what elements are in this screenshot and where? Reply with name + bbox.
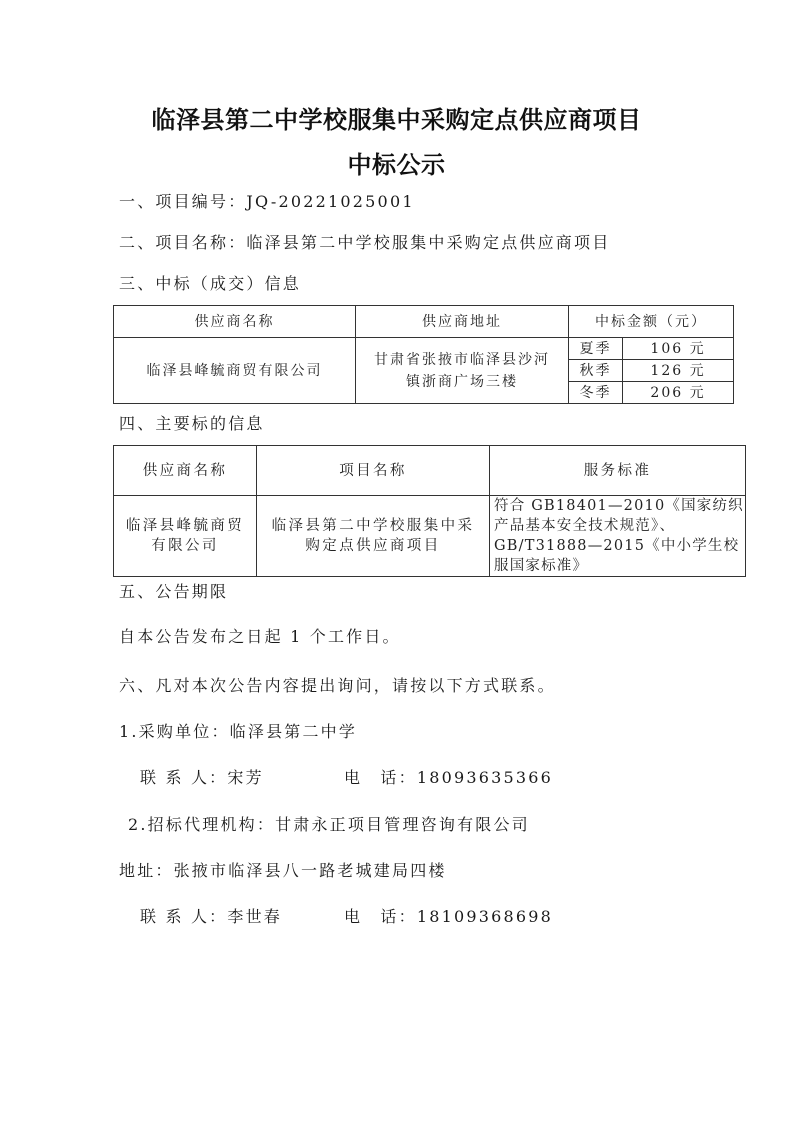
project-number: 一、项目编号：JQ-20221025001 — [119, 192, 415, 212]
season-autumn: 秋季 — [569, 360, 623, 382]
agency: 2.招标代理机构：甘肃永正项目管理咨询有限公司 — [128, 815, 530, 835]
service-standard-cell: 符合 GB18401—2010《国家纺织产品基本安全技术规范》、GB/T3188… — [490, 496, 746, 577]
subject-table: 供应商名称 项目名称 服务标准 临泽县峰毓商贸有限公司 临泽县第二中学校服集中采… — [113, 445, 746, 577]
agency-contact-label: 联 系 人： — [140, 907, 227, 926]
header-service-standard: 服务标准 — [490, 446, 746, 496]
notice-period-heading: 五、公告期限 — [119, 582, 228, 602]
subject-info-heading: 四、主要标的信息 — [119, 414, 265, 434]
amount-winter: 206 元 — [623, 382, 734, 404]
season-summer: 夏季 — [569, 338, 623, 360]
purchaser-phone-label: 电 话： — [344, 768, 417, 787]
supplier-name-cell: 临泽县峰毓商贸有限公司 — [114, 496, 257, 577]
document-title: 临泽县第二中学校服集中采购定点供应商项目 — [0, 100, 793, 135]
header-supplier-name: 供应商名称 — [114, 306, 356, 338]
subject-table-header-row: 供应商名称 项目名称 服务标准 — [114, 446, 746, 496]
amount-summer: 106 元 — [623, 338, 734, 360]
agency-contact: 联 系 人：李世春 — [140, 907, 282, 927]
amount-autumn: 126 元 — [623, 360, 734, 382]
agency-phone-number: 18109368698 — [417, 907, 553, 926]
purchaser-contact-label: 联 系 人： — [140, 768, 227, 787]
award-table-row: 临泽县峰毓商贸有限公司 甘肃省张掖市临泽县沙河镇浙商广场三楼 夏季 106 元 — [114, 338, 734, 360]
project-name: 二、项目名称：临泽县第二中学校服集中采购定点供应商项目 — [119, 233, 610, 253]
header-award-amount: 中标金额（元） — [569, 306, 734, 338]
notice-period-body: 自本公告发布之日起 1 个工作日。 — [119, 627, 401, 647]
header-supplier-name: 供应商名称 — [114, 446, 257, 496]
project-name-cell: 临泽县第二中学校服集中采购定点供应商项目 — [257, 496, 490, 577]
agency-phone: 电 话：18109368698 — [344, 907, 553, 927]
agency-address: 地址：张掖市临泽县八一路老城建局四楼 — [119, 861, 447, 881]
award-table: 供应商名称 供应商地址 中标金额（元） 临泽县峰毓商贸有限公司 甘肃省张掖市临泽… — [113, 305, 734, 404]
purchaser-phone: 电 话：18093635366 — [344, 768, 553, 788]
supplier-address-cell: 甘肃省张掖市临泽县沙河镇浙商广场三楼 — [356, 338, 569, 404]
header-project-name: 项目名称 — [257, 446, 490, 496]
award-table-header-row: 供应商名称 供应商地址 中标金额（元） — [114, 306, 734, 338]
award-info-heading: 三、中标（成交）信息 — [119, 274, 301, 294]
purchaser-phone-number: 18093635366 — [417, 768, 553, 787]
inquiry-heading: 六、凡对本次公告内容提出询问，请按以下方式联系。 — [119, 676, 556, 696]
purchaser-contact-name: 宋芳 — [227, 768, 263, 787]
supplier-name-cell: 临泽县峰毓商贸有限公司 — [114, 338, 356, 404]
agency-contact-name: 李世春 — [227, 907, 282, 926]
subject-table-row: 临泽县峰毓商贸有限公司 临泽县第二中学校服集中采购定点供应商项目 符合 GB18… — [114, 496, 746, 577]
document-subtitle: 中标公示 — [0, 145, 793, 180]
agency-phone-label: 电 话： — [344, 907, 417, 926]
purchaser-contact: 联 系 人：宋芳 — [140, 768, 264, 788]
header-supplier-address: 供应商地址 — [356, 306, 569, 338]
purchaser-unit: 1.采购单位：临泽县第二中学 — [119, 722, 357, 742]
season-winter: 冬季 — [569, 382, 623, 404]
